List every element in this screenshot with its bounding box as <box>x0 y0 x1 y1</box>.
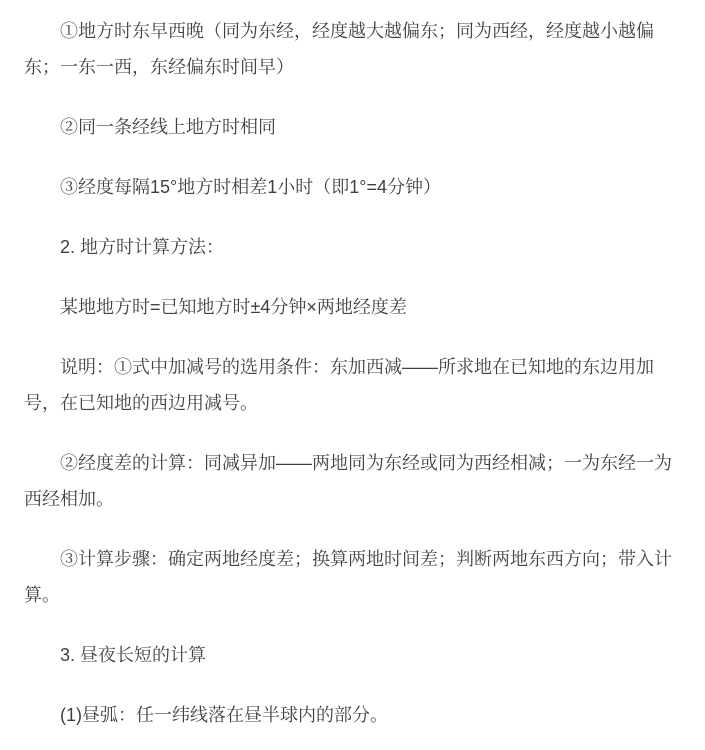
paragraph-same-meridian-rule: ②同一条经线上地方时相同 <box>24 109 681 145</box>
paragraph-day-arc-definition: (1)昼弧：任一纬线落在昼半球内的部分。 <box>24 697 681 733</box>
paragraph-calculation-steps: ③计算步骤：确定两地经度差；换算两地时间差；判断两地东西方向；带入计算。 <box>24 541 681 613</box>
paragraph-15-degree-rule: ③经度每隔15°地方时相差1小时（即1°=4分钟） <box>24 169 681 205</box>
document-page: ①地方时东早西晚（同为东经，经度越大越偏东；同为西经，经度越小越偏东；一东一西，… <box>0 0 705 733</box>
paragraph-local-time-formula: 某地地方时=已知地方时±4分钟×两地经度差 <box>24 289 681 325</box>
page-background: { "page": { "background": "#ffffff", "te… <box>0 0 705 750</box>
paragraph-local-time-east-west-rule: ①地方时东早西晚（同为东经，经度越大越偏东；同为西经，经度越小越偏东；一东一西，… <box>24 13 681 85</box>
heading-day-night-length-calculation: 3. 昼夜长短的计算 <box>24 637 681 673</box>
paragraph-note-plus-minus-condition: 说明：①式中加减号的选用条件：东加西减——所求地在已知地的东边用加号，在已知地的… <box>24 349 681 421</box>
paragraph-longitude-difference-calculation: ②经度差的计算：同减异加——两地同为东经或同为西经相减；一为东经一为西经相加。 <box>24 445 681 517</box>
heading-local-time-calculation-method: 2. 地方时计算方法： <box>24 229 681 265</box>
